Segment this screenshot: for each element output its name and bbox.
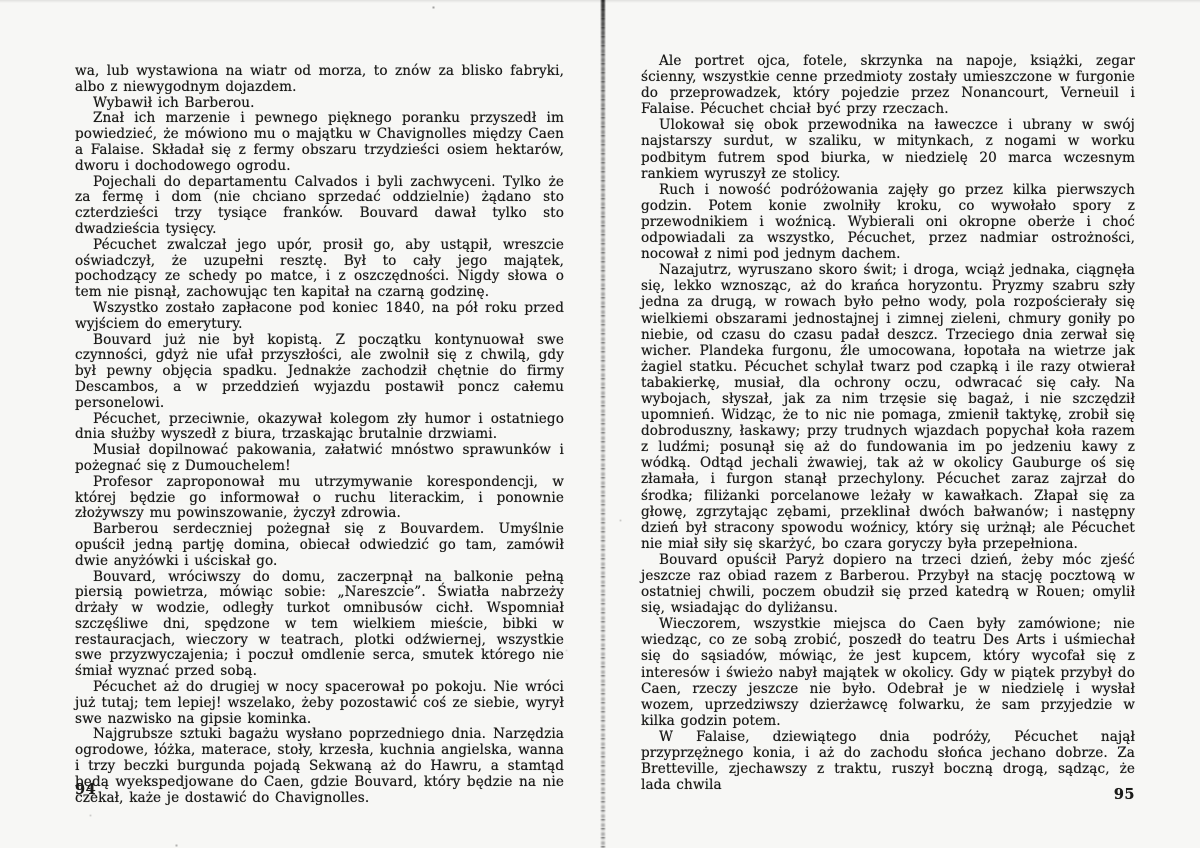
paragraph: Bouvard opuścił Paryż dopiero na trzeci … [641, 552, 1135, 616]
paragraph: Wybawił ich Barberou. [75, 96, 564, 112]
paragraph: Pojechali do departamentu Calvados i byl… [75, 175, 564, 238]
right-page: Ale portret ojca, fotele, skrzynka na na… [641, 0, 1135, 848]
paragraph: Barberou serdeczniej pożegnał się z Bouv… [75, 522, 564, 569]
paragraph: Pécuchet zwalczał jego upór, prosił go, … [75, 238, 564, 301]
right-page-number: 95 [1114, 786, 1135, 803]
paragraph: Ale portret ojca, fotele, skrzynka na na… [641, 53, 1135, 117]
paragraph: Wieczorem, wszystkie miejsca do Caen był… [641, 616, 1135, 729]
scan-dust-specks [0, 0, 1, 1]
paragraph: Ulokował się obok przewodnika na ławeczc… [641, 117, 1135, 181]
paragraph: Musiał dopilnować pakowania, załatwić mn… [75, 443, 564, 475]
left-page-number: 94 [75, 781, 96, 798]
paragraph: Ruch i nowość podróżowania zajęły go prz… [641, 182, 1135, 262]
paragraph: W Falaise, dziewiątego dnia podróży, Péc… [641, 729, 1135, 793]
paragraph: Znał ich marzenie i pewnego pięknego por… [75, 111, 564, 174]
paragraph: Nazajutrz, wyruszano skoro świt; i droga… [641, 262, 1135, 552]
paragraph: wa, lub wystawiona na wiatr od morza, to… [75, 64, 564, 96]
paragraph: Pécuchet, przeciwnie, okazywał kolegom z… [75, 412, 564, 444]
paragraph: Profesor zaproponował mu utrzymywanie ko… [75, 475, 564, 522]
right-page-text: Ale portret ojca, fotele, skrzynka na na… [641, 53, 1135, 793]
left-page-text: wa, lub wystawiona na wiatr od morza, to… [75, 64, 564, 806]
paragraph: Najgrubsze sztuki bagażu wysłano poprzed… [75, 727, 564, 806]
left-page: wa, lub wystawiona na wiatr od morza, to… [75, 0, 564, 848]
paragraph: Pécuchet aż do drugiej w nocy spacerował… [75, 680, 564, 727]
paragraph: Wszystko zostało zapłacone pod koniec 18… [75, 301, 564, 333]
paragraph: Bouvard już nie był kopistą. Z początku … [75, 333, 564, 412]
book-gutter-shadow [600, 0, 606, 848]
paragraph: Bouvard, wróciwszy do domu, zaczerpnął n… [75, 570, 564, 681]
book-spread: wa, lub wystawiona na wiatr od morza, to… [0, 0, 1200, 848]
